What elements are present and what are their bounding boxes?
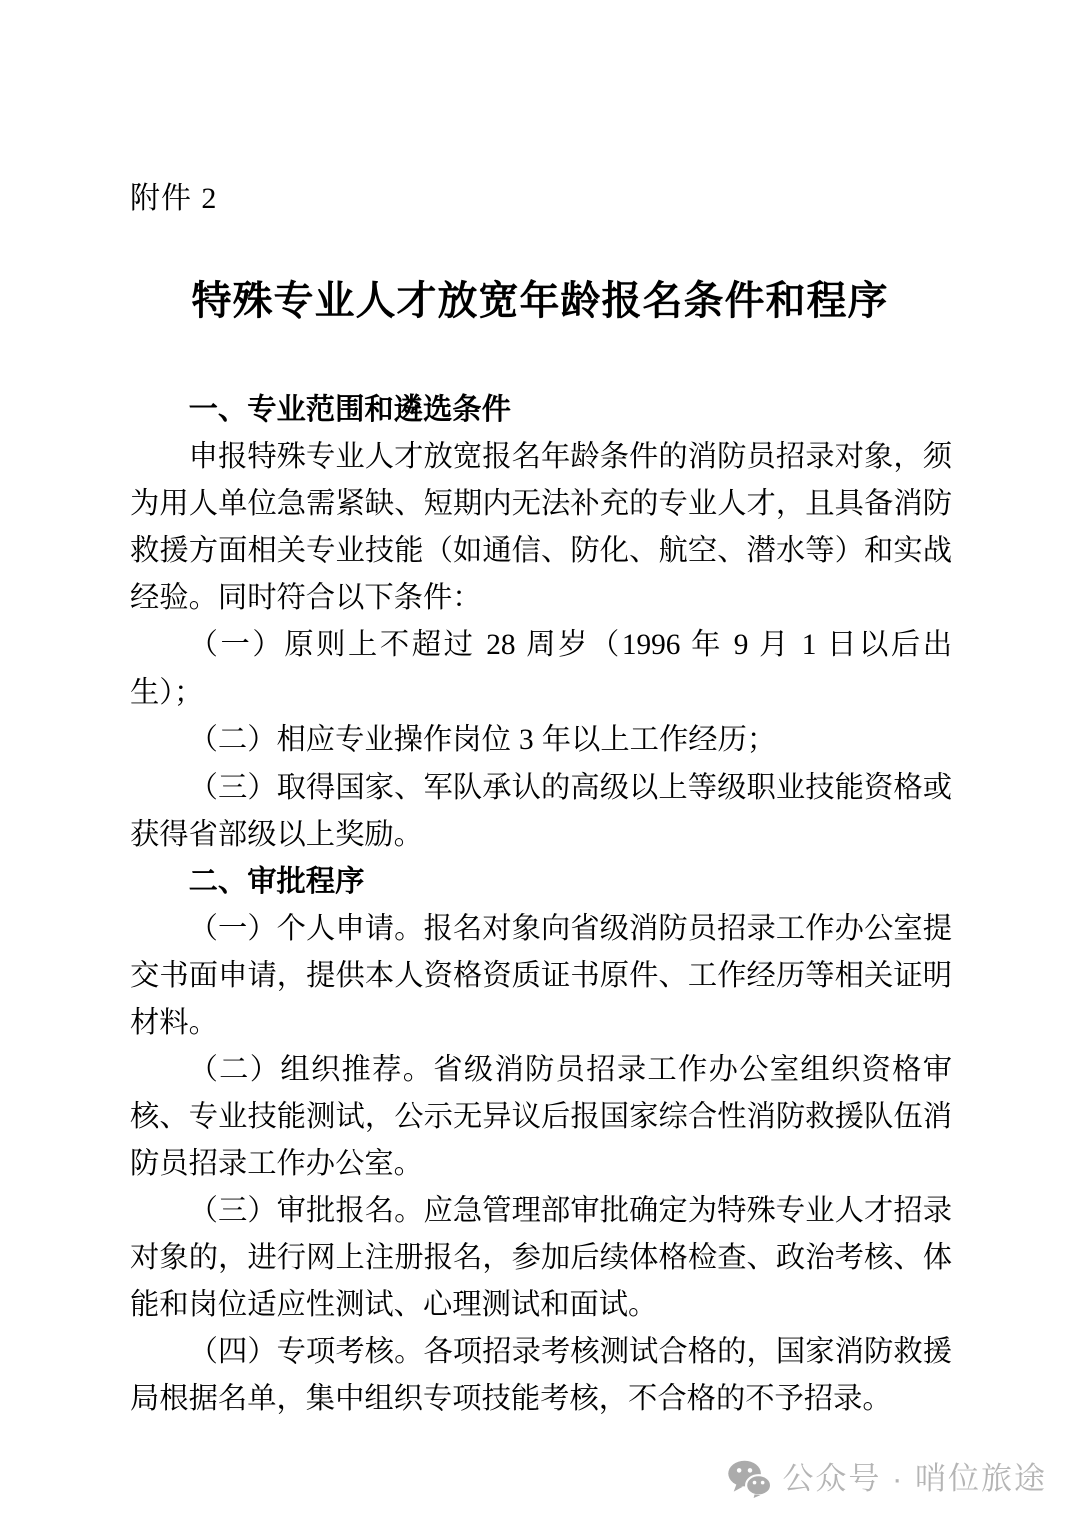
document-body: 一、专业范围和遴选条件 申报特殊专业人才放宽报名年龄条件的消防员招录对象，须为用… [130, 386, 952, 1422]
section-heading-selection-conditions: 一、专业范围和遴选条件 [130, 386, 952, 433]
intro-paragraph: 申报特殊专业人才放宽报名年龄条件的消防员招录对象，须为用人单位急需紧缺、短期内无… [130, 433, 952, 621]
procedure-item-4: （四）专项考核。各项招录考核测试合格的，国家消防救援局根据名单，集中组织专项技能… [130, 1328, 952, 1422]
document-title: 特殊专业人才放宽年龄报名条件和程序 [0, 277, 1080, 325]
watermark-text: 公众号 · 哨位旅途 [782, 1460, 1047, 1498]
procedure-item-3: （三）审批报名。应急管理部审批确定为特殊专业人才招录对象的，进行网上注册报名，参… [130, 1187, 952, 1328]
condition-item-2: （二）相应专业操作岗位 3 年以上工作经历； [130, 716, 952, 764]
wechat-icon [727, 1460, 773, 1498]
document-page: 附件 2 特殊专业人才放宽年龄报名条件和程序 一、专业范围和遴选条件 申报特殊专… [0, 0, 1080, 1527]
procedure-item-1: （一）个人申请。报名对象向省级消防员招录工作办公室提交书面申请，提供本人资格资质… [130, 905, 952, 1046]
section-heading-approval-procedure: 二、审批程序 [130, 858, 952, 905]
condition-item-3: （三）取得国家、军队承认的高级以上等级职业技能资格或获得省部级以上奖励。 [130, 764, 952, 858]
watermark: 公众号 · 哨位旅途 [727, 1460, 1047, 1498]
procedure-item-2: （二）组织推荐。省级消防员招录工作办公室组织资格审核、专业技能测试，公示无异议后… [130, 1046, 952, 1187]
condition-item-1: （一）原则上不超过 28 周岁（1996 年 9 月 1 日以后出生）； [130, 621, 952, 716]
attachment-label: 附件 2 [130, 181, 217, 217]
